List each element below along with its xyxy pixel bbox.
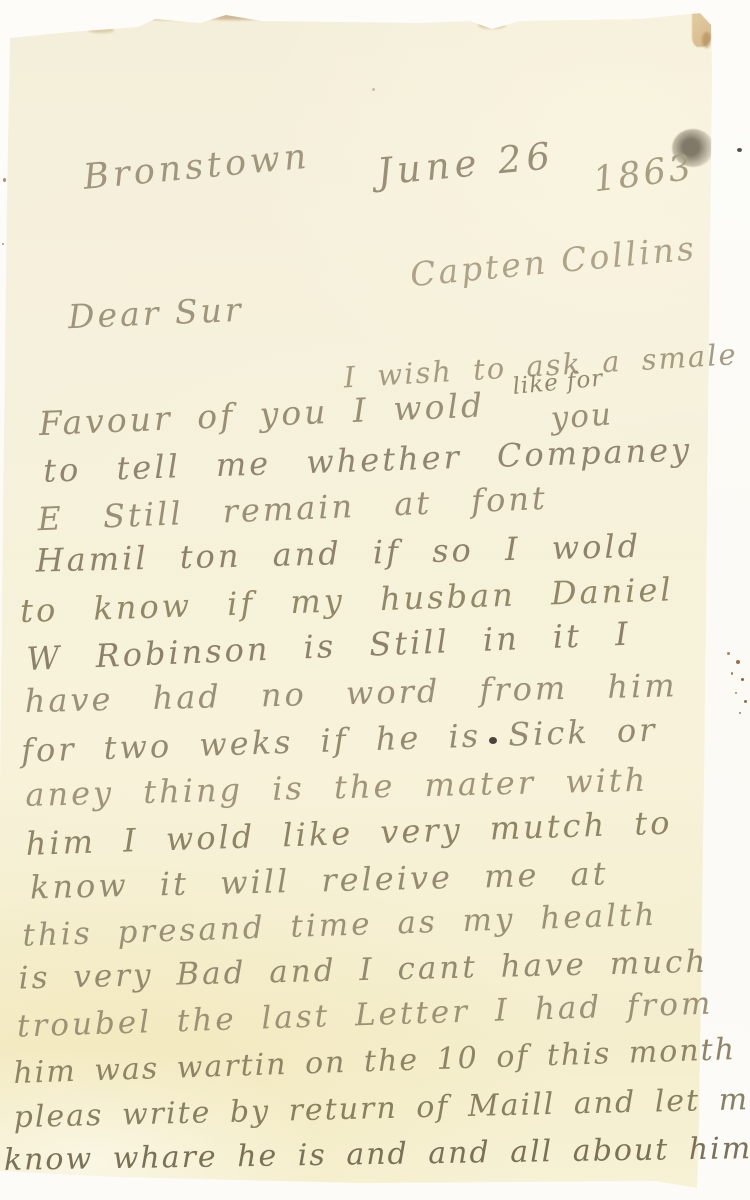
letter-line-favour: Favour of you I wold: [38, 385, 486, 443]
letter-line: him I wold like very mutch to: [25, 803, 673, 862]
letter-line: aney thing is the mater with: [25, 761, 649, 814]
letter-place: Bronstown: [82, 137, 312, 198]
letter-line: this presand time as my health: [22, 897, 658, 954]
letter-line: have had no word from him: [24, 666, 678, 720]
letter-line: pleas write by return of Maill and let m…: [13, 1082, 750, 1135]
letter-line: know it will releive me at: [30, 854, 609, 906]
letter-addressee: Capten Collins: [408, 228, 698, 294]
letter-date: June 26: [375, 134, 556, 194]
letter-line-favour-end: you: [549, 396, 614, 437]
letter-line: E Still remain at font: [37, 479, 549, 538]
letter-line: to tell me whether Companey: [43, 430, 693, 490]
letter-line: Hamil ton and if so I wold: [35, 527, 641, 580]
letter-line: know whare he is and and all about him: [4, 1131, 750, 1178]
letter-handwriting: Bronstown June 26 1863 Capten Collins De…: [0, 0, 750, 1200]
letter-line: for two weks if he is Sick or: [21, 711, 658, 770]
letter-salutation: Dear Sur: [67, 290, 244, 336]
scanned-letter-page: Bronstown June 26 1863 Capten Collins De…: [0, 0, 750, 1200]
letter-year: 1863: [591, 148, 696, 201]
